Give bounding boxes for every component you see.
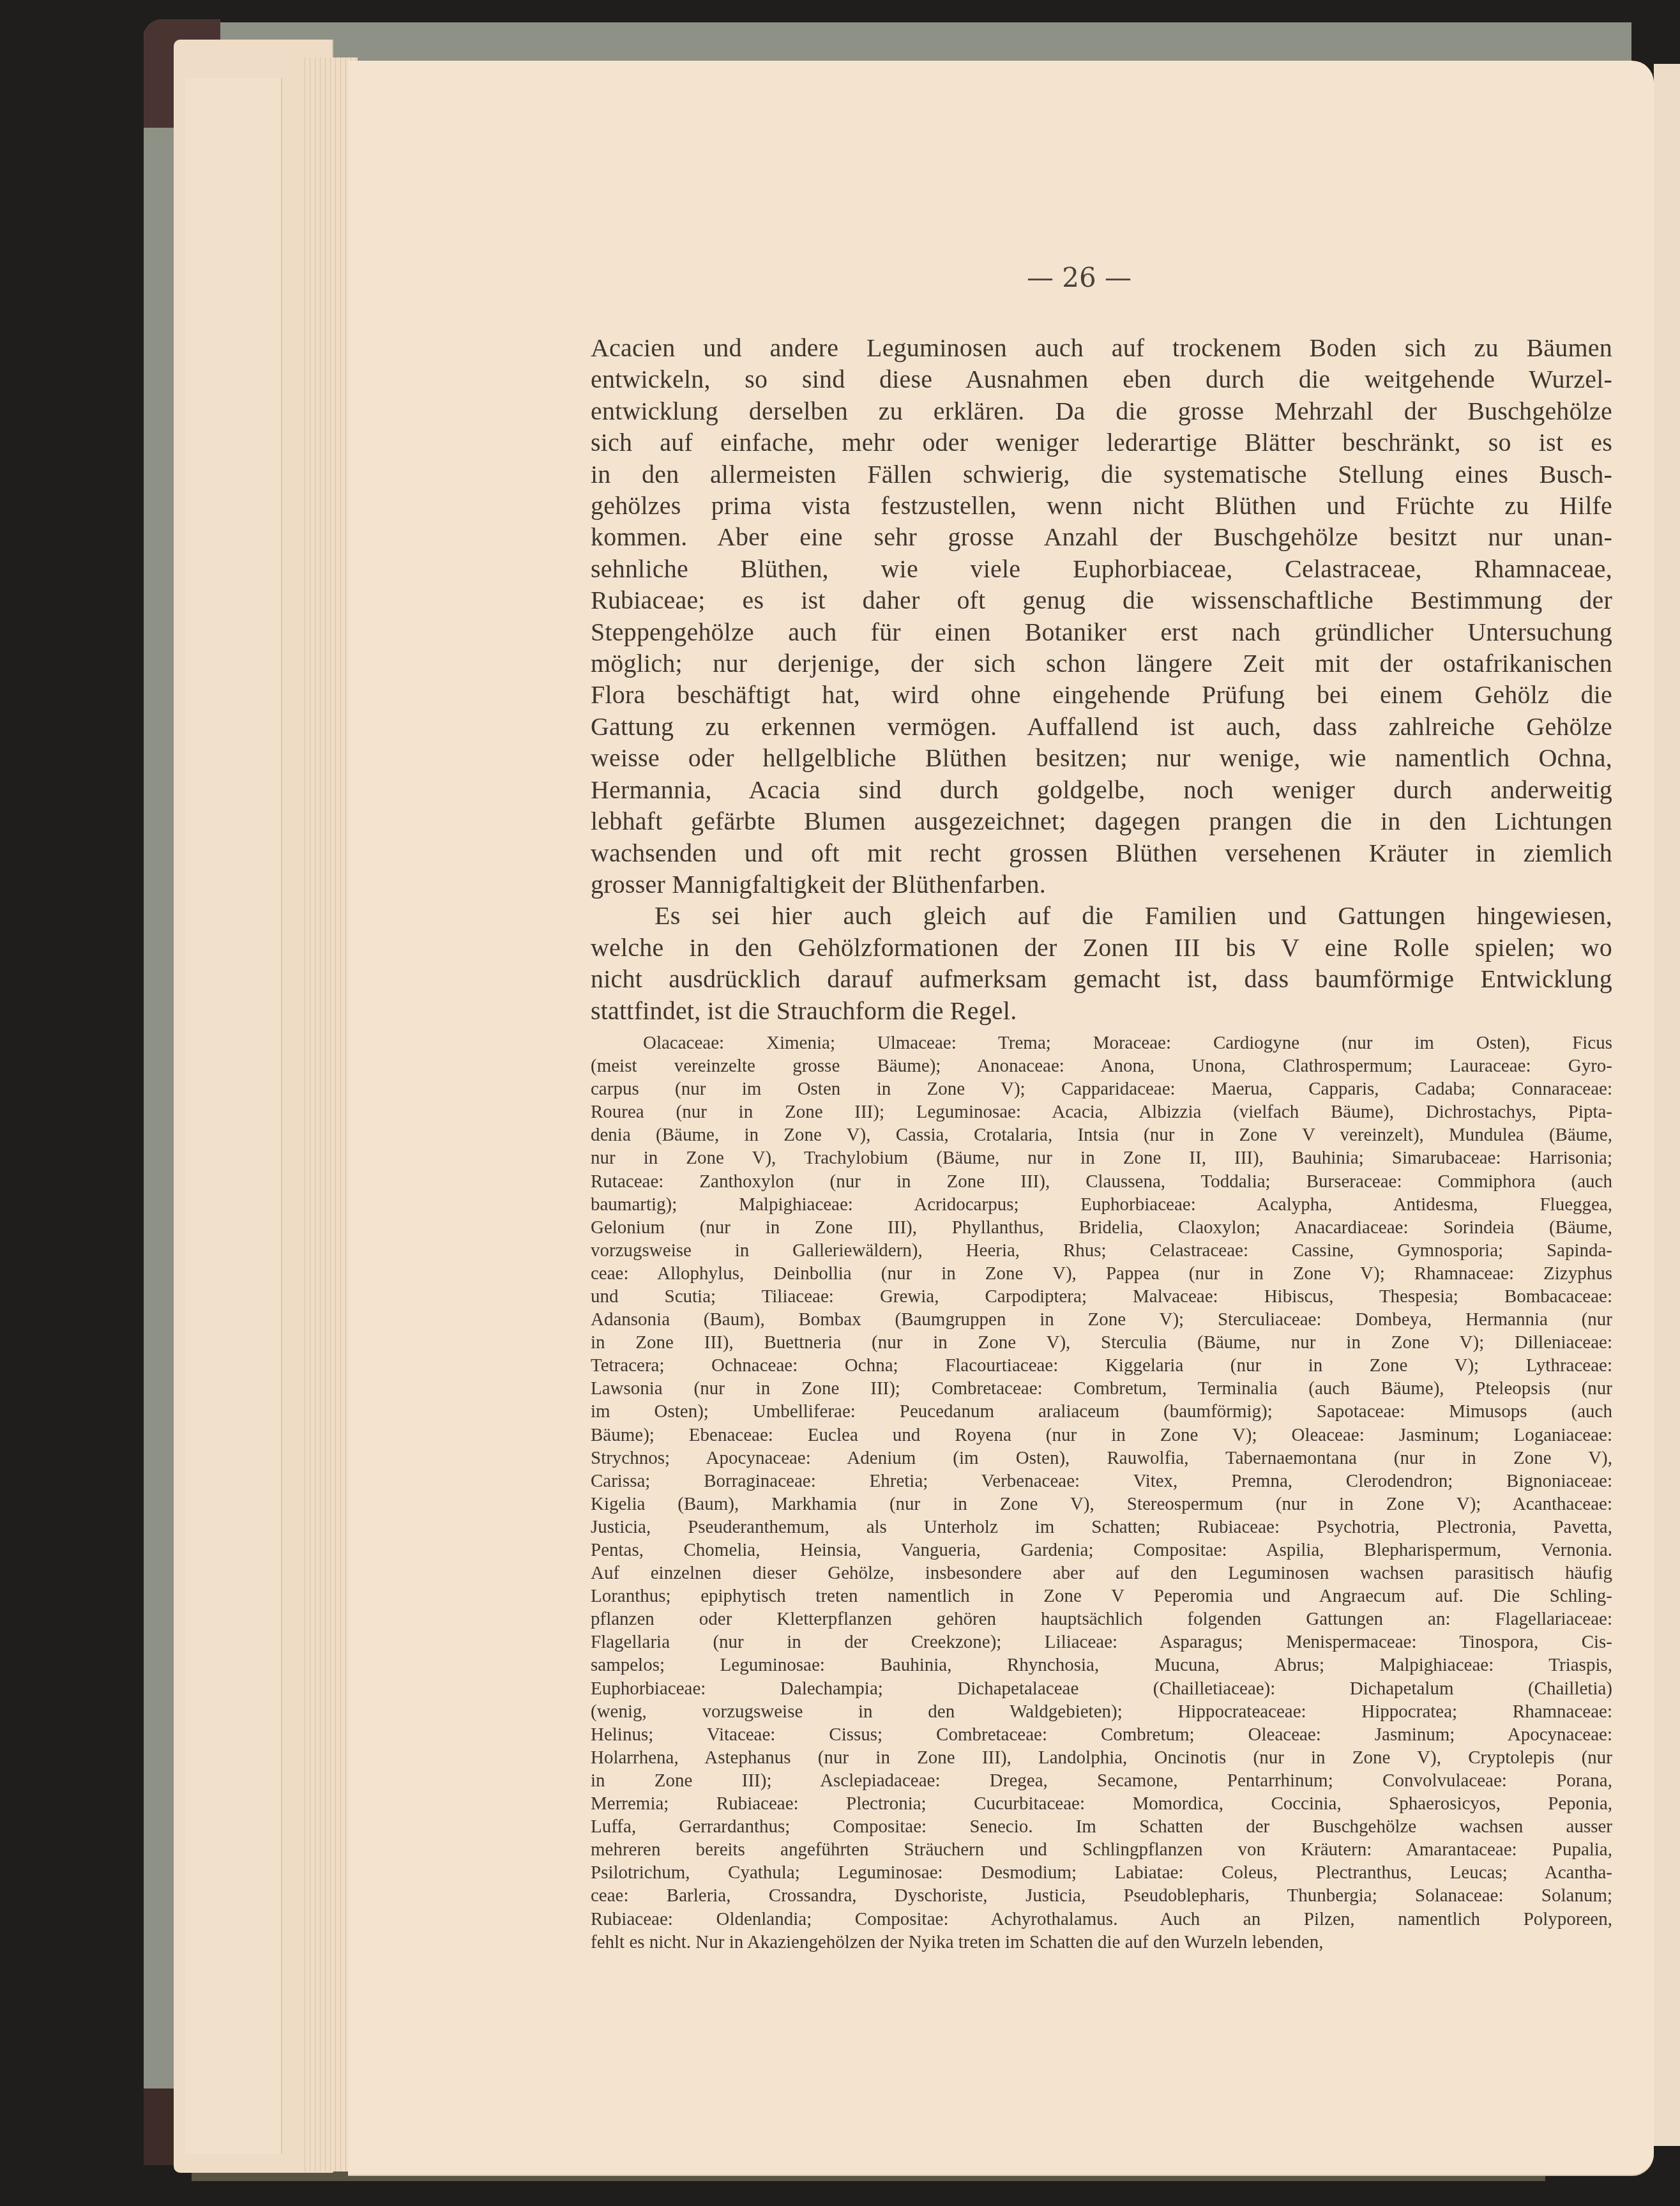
text-line: lebhaft gefärbte Blumen ausgezeichnet; d… <box>591 805 1612 837</box>
text-line: im Osten); Umbelliferae: Peucedanum aral… <box>591 1400 1612 1423</box>
text-line: wachsenden und oft mit recht grossen Blü… <box>591 837 1612 869</box>
text-line: grosser Mannigfaltigkeit der Blüthenfarb… <box>591 869 1612 900</box>
text-line: Merremia; Rubiaceae: Plectronia; Cucurbi… <box>591 1792 1612 1815</box>
page-text: Acacien und andere Leguminosen auch auf … <box>591 332 1612 1954</box>
text-line: sampelos; Leguminosae: Bauhinia, Rhyncho… <box>591 1654 1612 1677</box>
text-line: Gelonium (nur in Zone III), Phyllanthus,… <box>591 1216 1612 1239</box>
text-line: Acacien und andere Leguminosen auch auf … <box>591 332 1612 363</box>
paragraph-1: Acacien und andere Leguminosen auch auf … <box>591 332 1612 900</box>
text-line: nicht ausdrücklich darauf aufmerksam gem… <box>591 963 1612 994</box>
text-line: sehnliche Blüthen, wie viele Euphorbiace… <box>591 553 1612 584</box>
text-line: Rourea (nur in Zone III); Leguminosae: A… <box>591 1100 1612 1123</box>
text-line: carpus (nur im Osten in Zone V); Cappari… <box>591 1077 1612 1100</box>
text-line: weisse oder hellgelbliche Blüthen besitz… <box>591 742 1612 773</box>
text-line: Tetracera; Ochnaceae: Ochna; Flacourtiac… <box>591 1354 1612 1377</box>
text-line: entwickeln, so sind diese Ausnahmen eben… <box>591 363 1612 395</box>
text-line: Helinus; Vitaceae: Cissus; Combretaceae:… <box>591 1723 1612 1746</box>
text-line: Psilotrichum, Cyathula; Leguminosae: Des… <box>591 1861 1612 1884</box>
text-line: Pentas, Chomelia, Heinsia, Vangueria, Ga… <box>591 1539 1612 1562</box>
text-line: Flora beschäftigt hat, wird ohne eingehe… <box>591 679 1612 710</box>
text-line: Rubiaceae: Oldenlandia; Compositae: Achy… <box>591 1908 1612 1931</box>
text-line: gehölzes prima vista festzustellen, wenn… <box>591 490 1612 521</box>
genus-list-paragraph: Olacaceae: Ximenia; Ulmaceae: Trema; Mor… <box>591 1031 1612 1954</box>
text-line: Lawsonia (nur in Zone III); Combretaceae… <box>591 1377 1612 1400</box>
text-line: ceae: Allophylus, Deinbollia (nur in Zon… <box>591 1262 1612 1285</box>
text-line: (wenig, vorzugsweise in den Waldgebieten… <box>591 1700 1612 1723</box>
text-line: sich auf einfache, mehr oder weniger led… <box>591 427 1612 458</box>
text-line: und Scutia; Tiliaceae: Grewia, Carpodipt… <box>591 1285 1612 1308</box>
text-line: in Zone III); Asclepiadaceae: Dregea, Se… <box>591 1769 1612 1792</box>
text-line: vorzugsweise in Galleriewäldern), Heeria… <box>591 1239 1612 1262</box>
text-line: Justicia, Pseuderanthemum, als Unterholz… <box>591 1516 1612 1539</box>
text-line: kommen. Aber eine sehr grosse Anzahl der… <box>591 521 1612 552</box>
text-line: Bäume); Ebenaceae: Euclea und Royena (nu… <box>591 1424 1612 1447</box>
text-line: mehreren bereits angeführten Sträuchern … <box>591 1838 1612 1861</box>
text-line: denia (Bäume, in Zone V), Cassia, Crotal… <box>591 1123 1612 1146</box>
page-number: — 26 — <box>945 262 1213 293</box>
text-line: Holarrhena, Astephanus (nur in Zone III)… <box>591 1746 1612 1769</box>
text-line: Loranthus; epiphytisch treten namentlich… <box>591 1585 1612 1608</box>
text-line: ceae: Barleria, Crossandra, Dyschoriste,… <box>591 1884 1612 1907</box>
text-line: in den allermeisten Fällen schwierig, di… <box>591 459 1612 490</box>
text-line: Kigelia (Baum), Markhamia (nur in Zone V… <box>591 1493 1612 1516</box>
text-line: Carissa; Borraginaceae: Ehretia; Verbena… <box>591 1470 1612 1493</box>
text-line: Gattung zu erkennen vermögen. Auffallend… <box>591 711 1612 742</box>
text-line: nur in Zone V), Trachylobium (Bäume, nur… <box>591 1146 1612 1169</box>
text-line: Auf einzelnen dieser Gehölze, insbesonde… <box>591 1562 1612 1585</box>
text-line: Hermannia, Acacia sind durch goldgelbe, … <box>591 774 1612 805</box>
text-line: stattfindet, ist die Strauchform die Reg… <box>591 995 1612 1026</box>
text-line: Euphorbiaceae: Dalechampia; Dichapetalac… <box>591 1677 1612 1700</box>
text-line: in Zone III), Buettneria (nur in Zone V)… <box>591 1331 1612 1354</box>
next-page-edge <box>1654 64 1680 2146</box>
text-line: Steppengehölze auch für einen Botaniker … <box>591 616 1612 648</box>
text-line: welche in den Gehölzformationen der Zone… <box>591 932 1612 963</box>
text-line: möglich; nur derjenige, der sich schon l… <box>591 648 1612 679</box>
text-line: Flagellaria (nur in der Creekzone); Lili… <box>591 1631 1612 1654</box>
text-line: Rutaceae: Zanthoxylon (nur in Zone III),… <box>591 1170 1612 1193</box>
text-line: entwicklung derselben zu erklären. Da di… <box>591 395 1612 427</box>
text-line: Es sei hier auch gleich auf die Familien… <box>591 900 1612 931</box>
text-line: Adansonia (Baum), Bombax (Baumgruppen in… <box>591 1308 1612 1331</box>
text-line: Olacaceae: Ximenia; Ulmaceae: Trema; Mor… <box>591 1031 1612 1054</box>
text-line: Strychnos; Apocynaceae: Adenium (im Oste… <box>591 1447 1612 1470</box>
text-line: baumartig); Malpighiaceae: Acridocarpus;… <box>591 1193 1612 1216</box>
paragraph-2: Es sei hier auch gleich auf die Familien… <box>591 900 1612 1026</box>
text-line: pflanzen oder Kletterpflanzen gehören ha… <box>591 1608 1612 1631</box>
text-line: (meist vereinzelte grosse Bäume); Anonac… <box>591 1054 1612 1077</box>
text-line: Luffa, Gerrardanthus; Compositae: Seneci… <box>591 1815 1612 1838</box>
text-line: Rubiaceae; es ist daher oft genug die wi… <box>591 584 1612 616</box>
left-page-fold <box>185 78 282 2154</box>
text-line: fehlt es nicht. Nur in Akaziengehölzen d… <box>591 1931 1612 1954</box>
